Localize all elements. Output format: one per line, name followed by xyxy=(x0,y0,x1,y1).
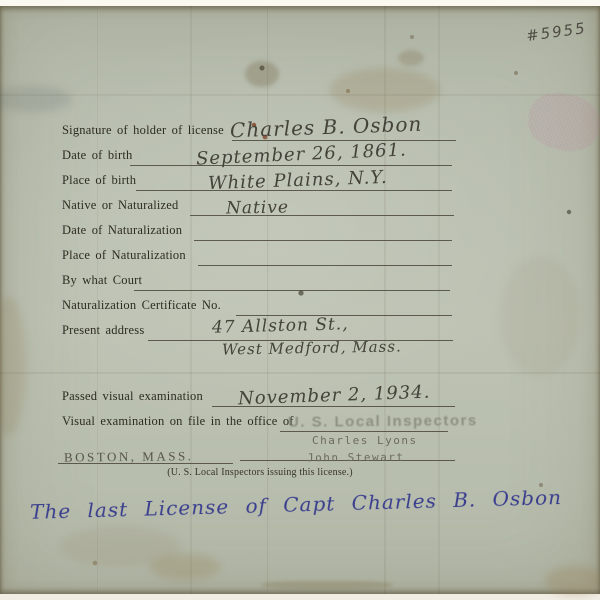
handwritten-address-line2: West Medford, Mass. xyxy=(222,337,402,358)
field-line xyxy=(280,431,448,432)
stain xyxy=(330,68,440,112)
field-label-signature: Signature of holder of license xyxy=(62,123,224,138)
stain xyxy=(150,554,220,580)
field-label-present-address: Present address xyxy=(62,323,144,338)
handwritten-native: Native xyxy=(226,197,289,218)
field-line xyxy=(194,240,452,241)
field-label-native-or-naturalized: Native or Naturalized xyxy=(62,198,178,213)
field-label-date-of-birth: Date of birth xyxy=(62,148,132,163)
stain xyxy=(262,581,392,589)
stain xyxy=(398,50,424,66)
ink-specks xyxy=(0,6,2,8)
scanner-background-bottom xyxy=(0,594,600,600)
field-label-passed-visual-examination: Passed visual examination xyxy=(62,389,203,404)
fold-crease xyxy=(0,372,600,374)
fold-crease xyxy=(0,94,600,96)
serial-number: #5955 xyxy=(525,19,588,45)
field-label-date-of-naturalization: Date of Naturalization xyxy=(62,223,182,238)
stain xyxy=(0,86,72,112)
field-line xyxy=(134,290,450,291)
footnote: (U. S. Local Inspectors issuing this lic… xyxy=(110,467,410,478)
scanned-license-document: #5955 Signature of holder of license Dat… xyxy=(0,6,600,594)
field-label-visual-exam-on-file: Visual examination on file in the office… xyxy=(62,414,294,429)
stain xyxy=(0,296,26,436)
field-label-place-of-naturalization: Place of Naturalization xyxy=(62,248,186,263)
stain xyxy=(60,526,180,566)
handwritten-signature: Charles B. Osbon xyxy=(230,112,423,143)
handwritten-address-line1: 47 Allston St., xyxy=(212,314,349,338)
inspector-name-stamp-john-stewart: John Stewart xyxy=(307,451,405,465)
stain xyxy=(500,256,580,376)
field-label-place-of-birth: Place of birth xyxy=(62,173,136,188)
bottom-handwritten-note: The last License of Capt Charles B. Osbo… xyxy=(30,484,590,524)
field-label-by-what-court: By what Court xyxy=(62,273,142,288)
us-local-inspectors-ghost-stamp: U. S. Local Inspectors xyxy=(288,412,478,431)
field-line xyxy=(198,265,452,266)
boston-mass-stamp: BOSTON, MASS. xyxy=(64,448,194,465)
field-label-naturalization-certificate-no: Naturalization Certificate No. xyxy=(62,298,221,313)
stain xyxy=(245,61,279,87)
inspector-name-stamp-charles-lyons: Charles Lyons xyxy=(312,434,418,447)
pink-stamp-residue xyxy=(523,87,600,157)
stain xyxy=(545,566,600,596)
